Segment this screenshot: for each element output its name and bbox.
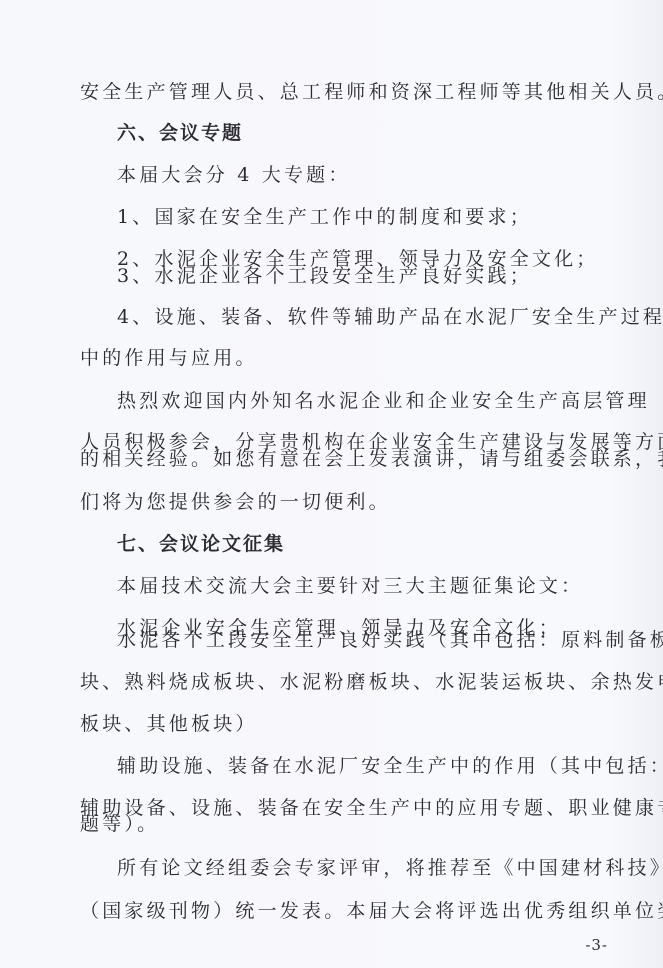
text-line: 题等）。	[80, 812, 159, 836]
text-line: 热烈欢迎国内外知名水泥企业和企业安全生产高层管理	[117, 389, 650, 413]
text-line: 板块、其他板块）	[80, 712, 258, 736]
page-number: -3-	[585, 936, 608, 954]
text-line: 中的作用与应用。	[80, 346, 258, 370]
text-line: 们将为您提供参会的一切便利。	[80, 490, 391, 514]
text-line: 块、熟料烧成板块、水泥粉磨板块、水泥装运板块、余热发电	[80, 670, 663, 694]
text-line: 辅助设备、设施、装备在安全生产中的应用专题、职业健康专	[80, 796, 663, 820]
text-line: 本届大会分 4 大专题：	[117, 163, 351, 187]
list-item: 4、设施、装备、软件等辅助产品在水泥厂安全生产过程	[117, 305, 663, 329]
text-line: 本届技术交流大会主要针对三大主题征集论文：	[117, 574, 583, 598]
section-heading: 七、会议论文征集	[117, 532, 285, 556]
text-line: 安全生产管理人员、总工程师和资深工程师等其他相关人员。	[80, 80, 663, 104]
text-line: （国家级刊物）统一发表。本届大会将评选出优秀组织单位奖，	[80, 899, 663, 923]
list-item: 3、水泥企业各个工段安全生产良好实践；	[117, 264, 532, 288]
text-line: 的相关经验。如您有意在会上发表演讲，请与组委会联系，我	[80, 447, 663, 471]
text-line: 所有论文经组委会专家评审，将推荐至《中国建材科技》	[117, 856, 663, 880]
text-line: 辅助设施、装备在水泥厂安全生产中的作用（其中包括：	[117, 754, 663, 778]
section-heading: 六、会议专题	[117, 121, 243, 145]
document-page: 安全生产管理人员、总工程师和资深工程师等其他相关人员。 六、会议专题 本届大会分…	[0, 0, 663, 968]
text-line: 水泥各个工段安全生产良好实践（其中包括：原料制备板	[117, 628, 663, 652]
list-item: 1、国家在安全生产工作中的制度和要求；	[117, 205, 532, 229]
